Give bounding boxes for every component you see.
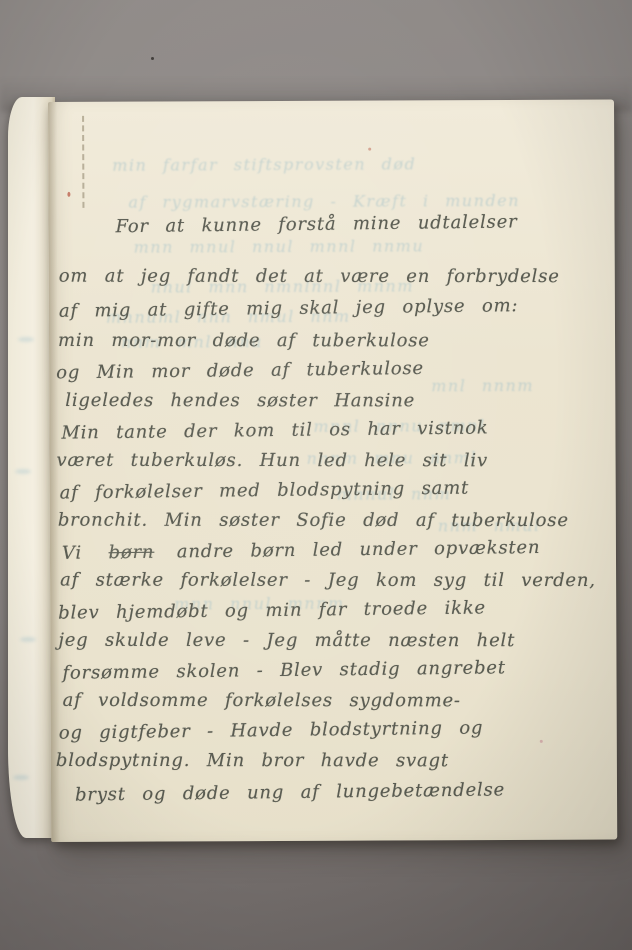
- manuscript-page: min farfar stiftsprovsten død af rygmarv…: [48, 100, 617, 842]
- ink-smudge: [15, 469, 31, 474]
- manuscript-line-17: og gigtfeber - Havde blodstyrtning og: [59, 717, 484, 743]
- bleedthrough-line: mnl nnnm: [431, 376, 534, 395]
- photo-background: min farfar stiftsprovsten død af rygmarv…: [0, 0, 632, 950]
- red-speck: [368, 148, 371, 151]
- manuscript-line-14: jeg skulde leve - Jeg måtte næsten helt: [58, 630, 515, 651]
- bleedthrough-line: af rygmarvstæring - Kræft i munden: [128, 191, 520, 212]
- manuscript-line-18: blodspytning. Min bror havde svagt: [56, 750, 449, 771]
- manuscript-line-5: og Min mor døde af tuberkulose: [56, 358, 424, 383]
- ink-smudge: [18, 337, 34, 342]
- ink-smudge: [13, 775, 29, 780]
- ink-smudge: [20, 637, 36, 642]
- manuscript-line-10: bronchit. Min søster Sofie død af tuberk…: [58, 510, 569, 531]
- manuscript-line-8: været tuberkuløs. Hun led hele sit liv: [57, 450, 488, 471]
- line-11-start: Vi: [62, 543, 82, 564]
- bleedthrough-line: min farfar stiftsprovsten død: [112, 154, 416, 174]
- crossed-out-word: børn: [108, 542, 154, 564]
- manuscript-line-12: af stærke forkølelser - Jeg kom syg til …: [60, 570, 596, 591]
- manuscript-line-7: Min tante der kom til os har vistnok: [61, 417, 488, 443]
- line-11-rest: andre børn led under opvæksten: [177, 537, 541, 562]
- dust-speck: [151, 57, 154, 60]
- manuscript-line-1: For at kunne forstå mine udtalelser: [115, 211, 517, 237]
- manuscript-line-15: forsømme skolen - Blev stadig angrebet: [62, 657, 506, 683]
- manuscript-line-13: blev hjemdøbt og min far troede ikke: [58, 597, 486, 623]
- manuscript-line-3: af mig at gifte mig skal jeg oplyse om:: [59, 295, 519, 322]
- manuscript-line-19: bryst og døde ung af lungebetændelse: [75, 779, 505, 805]
- stitch-marks: [82, 116, 84, 208]
- manuscript-line-4: min mor-mor døde af tuberkulose: [58, 330, 430, 351]
- manuscript-line-6: ligeledes hendes søster Hansine: [65, 390, 415, 411]
- red-speck: [67, 192, 70, 197]
- manuscript-line-2: om at jeg fandt det at være en forbrydel…: [59, 266, 560, 287]
- bleedthrough-line: mnn mnul nnul mnnl nnmu: [134, 236, 425, 256]
- manuscript-line-11: Vi børn andre børn led under opvæksten: [62, 537, 541, 564]
- manuscript-line-16: af voldsomme forkølelses sygdomme-: [63, 690, 461, 711]
- pink-speck: [540, 740, 543, 743]
